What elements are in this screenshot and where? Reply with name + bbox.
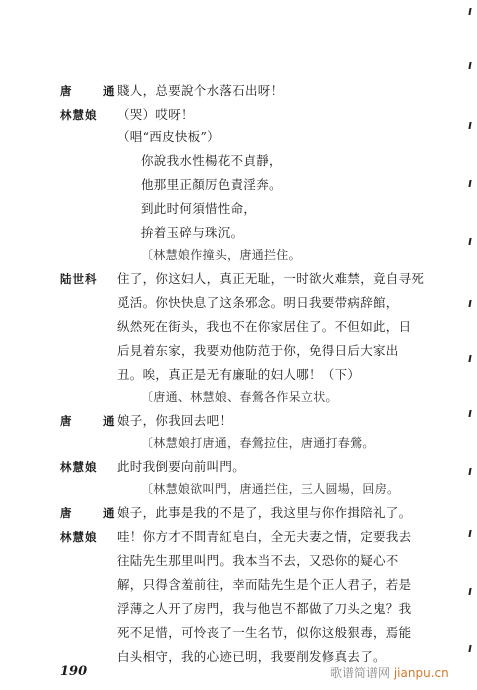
- dialogue-line: 纵然死在街头，我也不在你家居住了。不但如此，日: [117, 319, 411, 335]
- speaker-name: 唐 通: [60, 505, 125, 521]
- margin-mark: [468, 588, 471, 595]
- dialogue-line: 住了，你这妇人，真正无耻，一时欲火难禁，竟自寻死: [117, 271, 424, 287]
- watermark-cn: 歌谱简谱网: [330, 666, 390, 680]
- dialogue-line: 浮薄之人开了房門，我与他岂不都做了刀头之鬼？我: [117, 601, 411, 617]
- dialogue-line: 你說我水性楊花不貞靜，: [141, 153, 282, 169]
- speaker-name: 唐 通: [60, 413, 125, 429]
- watermark-latin: jianpu.cn: [394, 666, 449, 680]
- dialogue-line: 此时我倒要向前叫門。: [117, 459, 245, 475]
- margin-mark: [468, 180, 471, 187]
- margin-mark: [468, 122, 471, 129]
- speaker-name: 林慧娘: [60, 107, 98, 123]
- stage-direction: 〔林慧娘打唐通，春鶯拉住，唐通打春鶯。: [141, 435, 375, 451]
- dialogue-line: 拚着玉碎与珠沉。: [141, 225, 243, 241]
- speaker-name: 林慧娘: [60, 529, 98, 545]
- watermark: 歌谱简谱网 jianpu.cn: [330, 664, 449, 681]
- stage-direction: 〔林慧娘作撞头，唐通拦住。: [141, 247, 301, 263]
- dialogue-line: 丑。唉，真正是无有廉耻的妇人哪！（下）: [117, 367, 360, 383]
- stage-direction: 〔林慧娘欲叫門，唐通拦住，三人圆場，回房。: [141, 481, 399, 497]
- dialogue-line: 觅活。你快快息了这条邪念。明日我要带病辞館，: [117, 295, 399, 311]
- margin-mark: [468, 8, 471, 15]
- speaker-name: 陆世科: [60, 271, 98, 287]
- dialogue-line: 后見着东家，我要劝他防范于你，免得日后大家出: [117, 343, 399, 359]
- speaker-name: 林慧娘: [60, 459, 98, 475]
- margin-mark: [468, 300, 471, 307]
- margin-mark: [468, 410, 471, 417]
- dialogue-line: 賤人，总要說个水落石出呀！: [117, 83, 283, 99]
- dialogue-line: 他那里正顏厉色責淫奔。: [141, 177, 282, 193]
- dialogue-line: 白头相守，我的心迹已明，我要削发修真去了。: [117, 649, 386, 665]
- dialogue-line: （哭）哎呀！: [117, 107, 194, 123]
- script-page: 唐 通賤人，总要說个水落石出呀！林慧娘（哭）哎呀！（唱“西皮快板”）你說我水性楊…: [0, 0, 477, 690]
- margin-mark: [468, 62, 471, 69]
- speaker-name: 唐 通: [60, 83, 125, 99]
- dialogue-line: 解，只得含羞前往，幸而陆先生是个正人君子，若是: [117, 577, 411, 593]
- margin-mark: [468, 238, 471, 245]
- margin-mark: [468, 645, 471, 652]
- dialogue-line: （唱“西皮快板”）: [117, 129, 220, 145]
- stage-direction: 〔唐通、林慧娘、春鶯各作呆立状。: [141, 389, 338, 405]
- dialogue-line: 死不足惜，可怜丧了一生名节，似你这般狠毒，焉能: [117, 625, 411, 641]
- dialogue-line: 往陆先生那里叫門。我本当不去，又恐你的疑心不: [117, 553, 399, 569]
- margin-mark: [468, 355, 471, 362]
- margin-mark: [468, 468, 471, 475]
- dialogue-line: 到此时何須惜性命，: [141, 201, 256, 217]
- margin-mark: [468, 530, 471, 537]
- page-number: 190: [60, 664, 87, 679]
- dialogue-line: 娘子，你我回去吧！: [117, 413, 232, 429]
- dialogue-line: 哇！你方才不問青紅皂白，全无夫妻之情，定要我去: [117, 529, 411, 545]
- dialogue-line: 娘子，此事是我的不是了，我这里与你作揖陪礼了。: [117, 505, 411, 521]
